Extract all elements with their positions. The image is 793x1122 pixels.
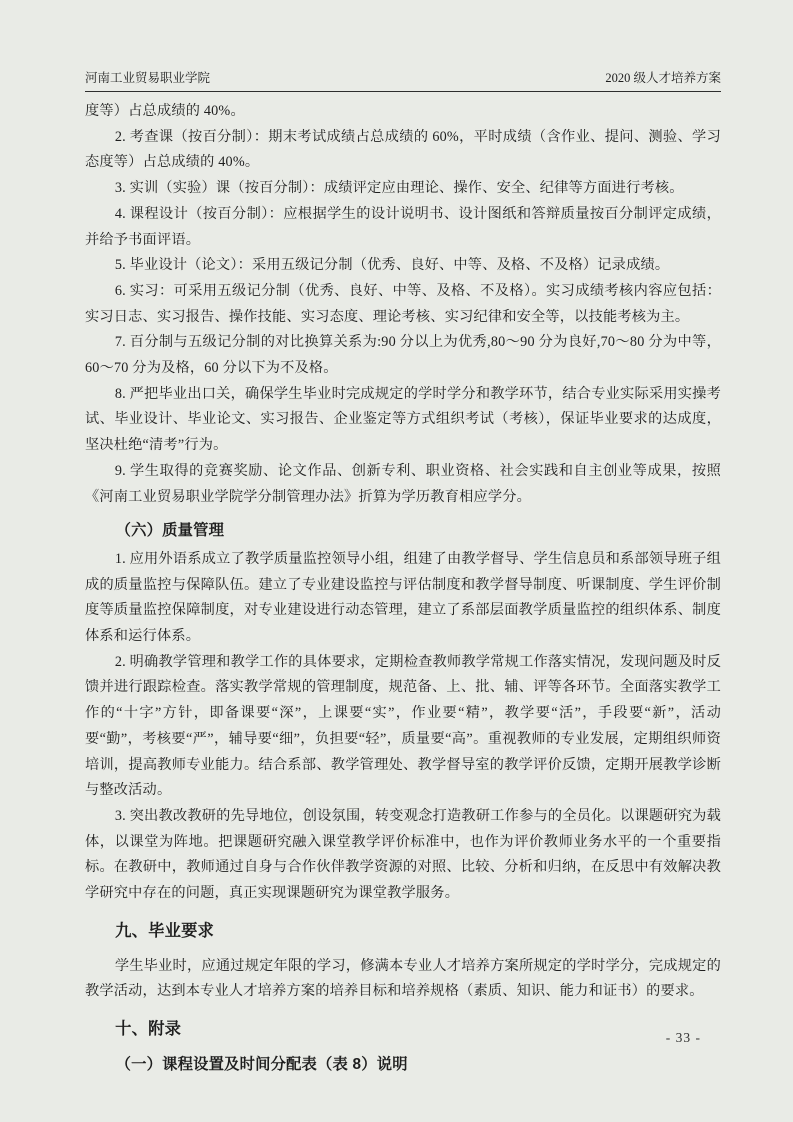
section-heading: 十、附录 — [85, 1017, 721, 1043]
document-body: 度等）占总成绩的 40%。2. 考查课（按百分制）：期末考试成绩占总成绩的 60… — [85, 99, 721, 1080]
paragraph: 5. 毕业设计（论文）：采用五级记分制（优秀、良好、中等、及格、不及格）记录成绩… — [85, 253, 721, 279]
paragraph: 学生毕业时，应通过规定年限的学习，修满本专业人才培养方案所规定的学时学分，完成规… — [85, 954, 721, 1005]
paragraph: 7. 百分制与五级记分制的对比换算关系为:90 分以上为优秀,80～90 分为良… — [85, 330, 721, 381]
document-page: 河南工业贸易职业学院 2020 级人才培养方案 度等）占总成绩的 40%。2. … — [0, 0, 793, 1122]
paragraph-continuation: 度等）占总成绩的 40%。 — [85, 99, 721, 125]
page-header: 河南工业贸易职业学院 2020 级人才培养方案 — [85, 68, 721, 92]
paragraph: 4. 课程设计（按百分制）：应根据学生的设计说明书、设计图纸和答辩质量按百分制评… — [85, 202, 721, 253]
header-doc-title: 2020 级人才培养方案 — [605, 68, 721, 86]
paragraph: 8. 严把毕业出口关，确保学生毕业时完成规定的学时学分和教学环节，结合专业实际采… — [85, 382, 721, 459]
paragraph: 3. 突出教改教研的先导地位，创设氛围，转变观念打造教研工作参与的全员化。以课题… — [85, 804, 721, 907]
paragraph: 2. 明确教学管理和教学工作的具体要求，定期检查教师教学常规工作落实情况，发现问… — [85, 650, 721, 804]
page-number: - 33 - — [666, 1030, 701, 1046]
subsection-heading: （六）质量管理 — [85, 518, 721, 544]
paragraph: 6. 实习：可采用五级记分制（优秀、良好、中等、及格、不及格）。实习成绩考核内容… — [85, 279, 721, 330]
paragraph: 1. 应用外语系成立了教学质量监控领导小组，组建了由教学督导、学生信息员和系部领… — [85, 547, 721, 650]
paragraph: 2. 考查课（按百分制）：期末考试成绩占总成绩的 60%，平时成绩（含作业、提问… — [85, 125, 721, 176]
paragraph: 9. 学生取得的竞赛奖励、论文作品、创新专利、职业资格、社会实践和自主创业等成果… — [85, 459, 721, 510]
subsection-heading: （一）课程设置及时间分配表（表 8）说明 — [85, 1052, 721, 1078]
paragraph: 3. 实训（实验）课（按百分制）：成绩评定应由理论、操作、安全、纪律等方面进行考… — [85, 176, 721, 202]
section-heading: 九、毕业要求 — [85, 919, 721, 945]
header-school-name: 河南工业贸易职业学院 — [85, 68, 210, 86]
